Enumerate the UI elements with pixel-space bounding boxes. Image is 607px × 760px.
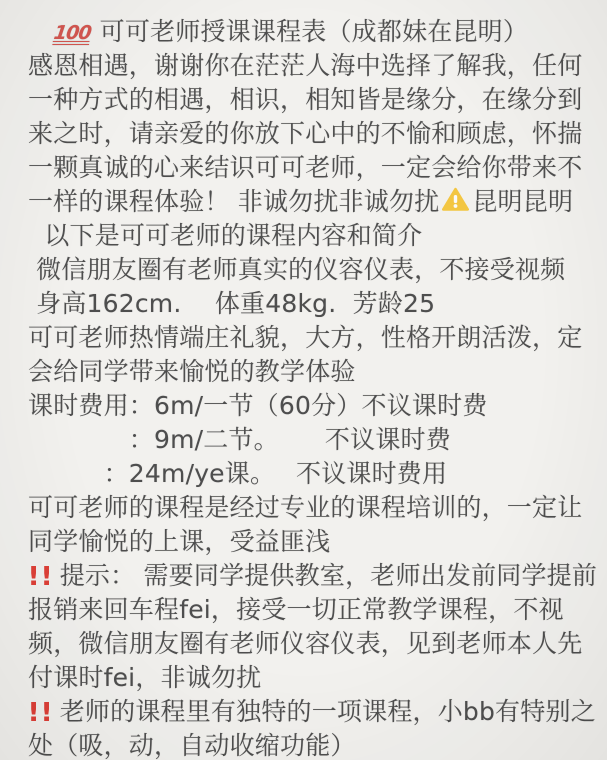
text-line: 可可老师的课程是经过专业的课程培训的，一定让 [28, 491, 595, 525]
text-line: 一种方式的相遇，相识，相知皆是缘分，在缘分到 [28, 83, 595, 117]
notice-line: !!老师的课程里有独特的一项课程，小bb有特别之 [28, 695, 595, 729]
text-line: 同学愉悦的上课，受益匪浅 [28, 525, 595, 559]
page-title: 可可老师授课课程表（成都妹在昆明） [100, 17, 528, 46]
text-line: 频，微信朋友圈有老师仪容仪表，见到老师本人先 [28, 627, 595, 661]
text-line: 一样的课程体验！ 非诚勿扰非诚勿扰昆明昆明 [28, 185, 595, 219]
text-line: 一颗真诚的心来结识可可老师，一定会给你带来不 [28, 151, 595, 185]
text-photo-page: 100可可老师授课课程表（成都妹在昆明） 感恩相遇，谢谢你在茫茫人海中选择了解我… [0, 0, 607, 760]
stats-line: 身高162cm. 体重48kg. 芳龄25 [28, 287, 595, 321]
text-line: 会给同学带来愉悦的教学体验 [28, 355, 595, 389]
text-line: 来之时，请亲爱的你放下心中的不愉和顾虑，怀揣 [28, 117, 595, 151]
double-exclamation-icon: !! [27, 560, 53, 594]
notice-line: !!提示： 需要同学提供教室，老师出发前同学提前 [28, 559, 595, 593]
text-line: 感恩相遇，谢谢你在茫茫人海中选择了解我，任何 [28, 49, 595, 83]
text-line: 微信朋友圈有老师真实的仪容仪表，不接受视频 [28, 253, 595, 287]
price-line: ：24m/ye课。 不议课时费用 [28, 457, 595, 491]
price-line: 课时费用：6m/一节（60分）不议课时费 [28, 389, 595, 423]
text-line: 以下是可可老师的课程内容和简介 [28, 219, 595, 253]
hundred-points-icon: 100 [52, 16, 93, 50]
title-line: 100可可老师授课课程表（成都妹在昆明） [28, 15, 595, 49]
text-line: 付课时fei，非诚勿扰 [28, 661, 595, 695]
text-line: 报销来回车程fei，接受一切正常教学课程，不视 [28, 593, 595, 627]
text-line: 可可老师热情端庄礼貌，大方，性格开朗活泼，定 [28, 321, 595, 355]
warning-icon [442, 187, 469, 212]
double-exclamation-icon: !! [27, 696, 53, 730]
text-line-clipped: 处（吸，动，自动收缩功能） [28, 729, 595, 760]
price-line: ：9m/二节。 不议课时费 [28, 423, 595, 457]
